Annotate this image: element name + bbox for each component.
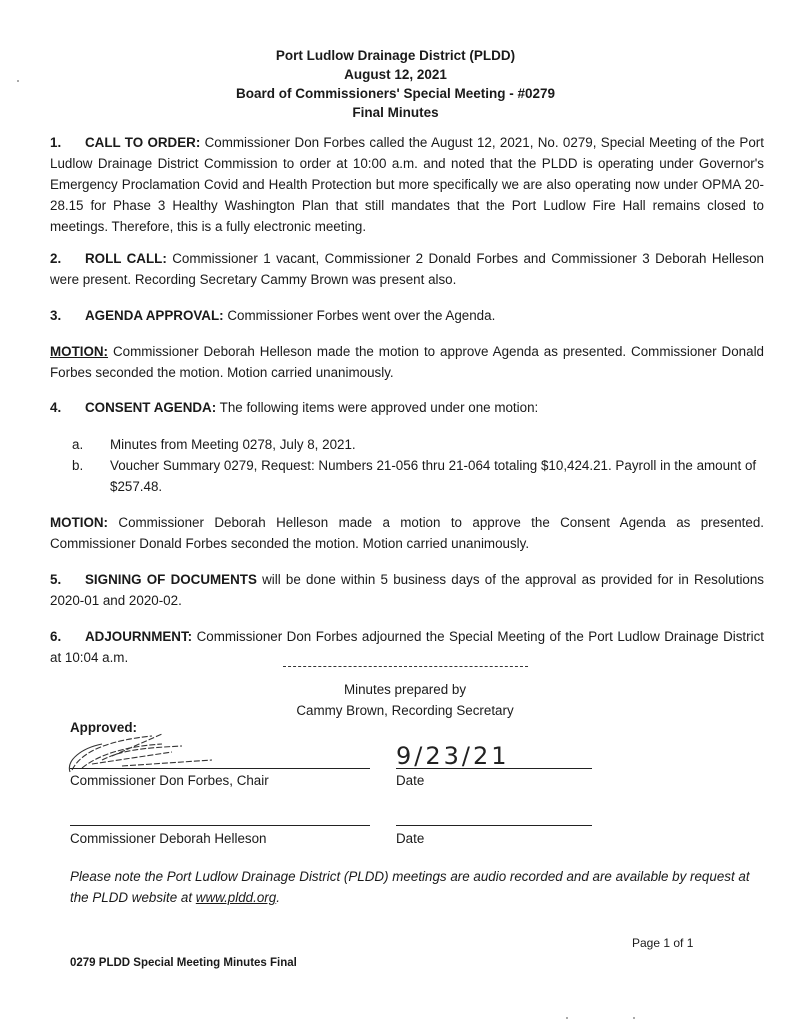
separator-line — [283, 666, 528, 667]
document-page: Port Ludlow Drainage District (PLDD) Aug… — [0, 0, 791, 1024]
commissioner-signature-line — [70, 825, 370, 826]
consent-item-b: b. Voucher Summary 0279, Request: Number… — [110, 455, 764, 497]
section-call-to-order: 1.CALL TO ORDER: Commissioner Don Forbes… — [50, 132, 764, 237]
meeting-date: August 12, 2021 — [0, 65, 791, 84]
section-heading: AGENDA APPROVAL: — [85, 308, 224, 323]
section-roll-call: 2.ROLL CALL: Commissioner 1 vacant, Comm… — [50, 248, 764, 290]
date-line-2 — [396, 825, 592, 826]
section-signing: 5.SIGNING OF DOCUMENTS will be done with… — [50, 569, 764, 611]
commissioner-name: Commissioner Deborah Helleson — [70, 831, 266, 846]
district-name: Port Ludlow Drainage District (PLDD) — [0, 46, 791, 65]
document-footer-name: 0279 PLDD Special Meeting Minutes Final — [70, 957, 297, 969]
chair-signature-line — [70, 768, 370, 769]
motion-agenda: MOTION: Commissioner Deborah Helleson ma… — [50, 341, 764, 383]
section-agenda-approval: 3.AGENDA APPROVAL: Commissioner Forbes w… — [50, 305, 764, 326]
section-adjournment: 6.ADJOURNMENT: Commissioner Don Forbes a… — [50, 626, 764, 668]
recording-note: Please note the Port Ludlow Drainage Dis… — [70, 866, 750, 908]
section-heading: CALL TO ORDER: — [85, 135, 200, 150]
handwritten-date: 9/23/21 — [396, 742, 510, 770]
section-heading: ADJOURNMENT: — [85, 629, 192, 644]
section-heading: CONSENT AGENDA: — [85, 400, 216, 415]
consent-item-a: a. Minutes from Meeting 0278, July 8, 20… — [110, 434, 764, 455]
page-number: Page 1 of 1 — [632, 936, 693, 950]
date-label-1: Date — [396, 773, 424, 788]
chair-name: Commissioner Don Forbes, Chair — [70, 773, 269, 788]
motion-heading: MOTION: — [50, 344, 108, 359]
meeting-title: Board of Commissioners' Special Meeting … — [0, 84, 791, 103]
date-label-2: Date — [396, 831, 424, 846]
section-heading: SIGNING OF DOCUMENTS — [85, 572, 257, 587]
website-link[interactable]: www.pldd.org — [196, 890, 276, 905]
motion-heading: MOTION: — [50, 515, 108, 530]
scan-speck — [566, 1017, 568, 1019]
prepared-by: Minutes prepared by Cammy Brown, Recordi… — [270, 679, 540, 721]
section-consent-agenda: 4.CONSENT AGENDA: The following items we… — [50, 397, 764, 418]
scan-speck — [17, 80, 19, 82]
document-status: Final Minutes — [0, 103, 791, 122]
date-line-1 — [396, 768, 592, 769]
scan-speck — [633, 1017, 635, 1019]
document-header: Port Ludlow Drainage District (PLDD) Aug… — [0, 46, 791, 122]
section-heading: ROLL CALL: — [85, 251, 167, 266]
motion-consent: MOTION: Commissioner Deborah Helleson ma… — [50, 512, 764, 554]
